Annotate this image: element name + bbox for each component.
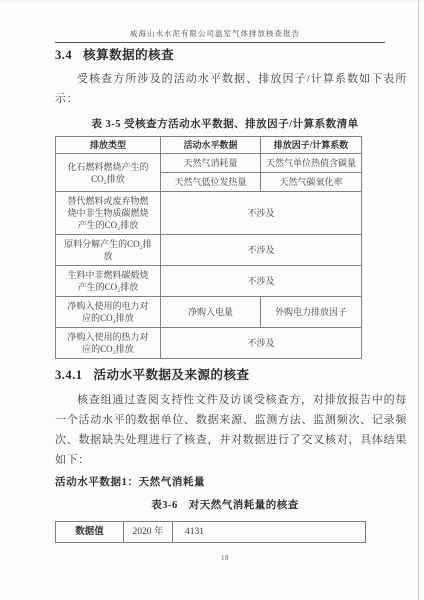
page-content: 威海山水水泥有限公司温室气体排放核查报告 3.4核算数据的核查 受核查方所涉及的… xyxy=(0,0,424,562)
cell-year: 2020 年 xyxy=(124,522,173,543)
table-3-5: 排放类型 活动水平数据 排放因子/计算系数 化石燃料燃烧产生的CO₂排放 天然气… xyxy=(55,136,362,359)
cell-purchased-power-factor: 外购电力排放因子 xyxy=(261,297,362,328)
section-title: 活动水平数据及来源的核查 xyxy=(94,368,250,382)
cell-fossil-activity-1: 天然气消耗量 xyxy=(161,154,261,173)
cell-fossil-factor-1: 天然气单位热值含碳量 xyxy=(261,154,362,173)
section-heading-3-4: 3.4核算数据的核查 xyxy=(55,46,405,64)
cell-value: 4131 xyxy=(173,522,366,543)
table-row-purchased-power: 净购入使用的电力对应的CO₂排放 净购入电量 外购电力排放因子 xyxy=(56,297,362,328)
table-3-6-title: 表3-6 对天然气消耗量的核查 xyxy=(55,499,395,513)
section-number: 3.4.1 xyxy=(55,366,83,384)
table-row-raw-nonfuel-carbon: 生料中非燃料碳煅烧产生的CO₂排放 不涉及 xyxy=(56,266,362,297)
cell-purchased-heat-type: 净购入使用的热力对应的CO₂排放 xyxy=(56,328,161,359)
section-number: 3.4 xyxy=(55,46,72,64)
section-heading-3-4-1: 3.4.1活动水平数据及来源的核查 xyxy=(55,366,405,384)
cell-raw-decomposition-type: 原料分解产生的CO₂排放 xyxy=(56,235,161,266)
cell-data-value-label: 数据值 xyxy=(56,522,124,543)
table-3-6: 数据值 2020 年 4131 xyxy=(55,521,366,543)
verification-paragraph: 核查组通过查阅支持性文件及访谈受核查方，对排放报告中的每一个活动水平的数据单位、… xyxy=(55,390,407,470)
section-title: 核算数据的核查 xyxy=(83,48,174,62)
table-row-alt-fuel: 替代燃料或废弃物燃烧中非生物质碳燃烧产生的CO₂排放 不涉及 xyxy=(56,192,362,235)
table-row-data-value: 数据值 2020 年 4131 xyxy=(56,522,366,543)
activity-data-label: 活动水平数据1：天然气消耗量 xyxy=(55,476,405,490)
table-row-raw-decomposition: 原料分解产生的CO₂排放 不涉及 xyxy=(56,235,362,266)
cell-raw-decomposition-value: 不涉及 xyxy=(161,235,362,266)
col-header-emission-factor: 排放因子/计算系数 xyxy=(261,137,362,154)
table-3-5-title: 表 3-5 受核查方活动水平数据、排放因子/计算系数清单 xyxy=(55,118,395,132)
table-row-header: 排放类型 活动水平数据 排放因子/计算系数 xyxy=(56,137,362,154)
cell-purchased-power-type: 净购入使用的电力对应的CO₂排放 xyxy=(56,297,161,328)
cell-raw-nonfuel-type: 生料中非燃料碳煅烧产生的CO₂排放 xyxy=(56,266,161,297)
cell-raw-nonfuel-value: 不涉及 xyxy=(161,266,362,297)
intro-paragraph: 受核查方所涉及的活动水平数据、排放因子/计算系数如下表所示： xyxy=(55,70,407,109)
scanned-document-page: 威海山水水泥有限公司温室气体排放核查报告 3.4核算数据的核查 受核查方所涉及的… xyxy=(0,0,424,600)
table-row-purchased-heat: 净购入使用的热力对应的CO₂排放 不涉及 xyxy=(56,328,362,359)
col-header-activity-data: 活动水平数据 xyxy=(161,137,261,154)
cell-fossil-activity-2: 天然气低位发热量 xyxy=(161,173,261,192)
table-row-fossil-1: 化石燃料燃烧产生的CO₂排放 天然气消耗量 天然气单位热值含碳量 xyxy=(56,154,362,173)
running-header: 威海山水水泥有限公司温室气体排放核查报告 xyxy=(55,28,405,40)
cell-fossil-factor-2: 天然气碳氧化率 xyxy=(261,173,362,192)
cell-purchased-power-activity: 净购入电量 xyxy=(161,297,261,328)
cell-fossil-type: 化石燃料燃烧产生的CO₂排放 xyxy=(56,154,161,192)
col-header-emission-type: 排放类型 xyxy=(56,137,161,154)
header-rule xyxy=(55,42,385,43)
cell-purchased-heat-value: 不涉及 xyxy=(161,328,362,359)
cell-alt-fuel-value: 不涉及 xyxy=(161,192,362,235)
page-number: 18 xyxy=(55,554,395,562)
cell-alt-fuel-type: 替代燃料或废弃物燃烧中非生物质碳燃烧产生的CO₂排放 xyxy=(56,192,161,235)
